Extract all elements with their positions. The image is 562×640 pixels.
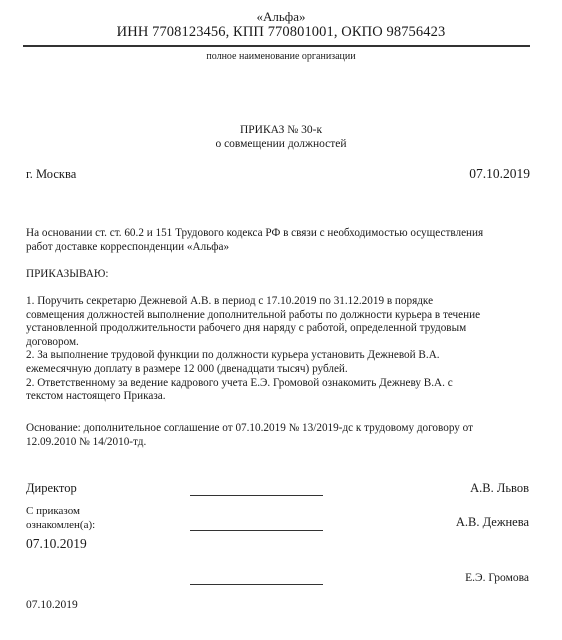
order-item-line: ежемесячную доплату в размере 12 000 (дв… (26, 363, 480, 377)
acknowledgement-date: 07.10.2019 (26, 536, 87, 552)
acknowledgement-label-line: ознакомлен(а): (26, 518, 95, 532)
hr-officer-name: Е.Э. Громова (465, 572, 529, 584)
organization-ids: ИНН 7708123456, КПП 770801001, ОКПО 9875… (0, 24, 562, 41)
order-item-line: 2. Ответственному за ведение кадрового у… (26, 377, 480, 391)
employee-signature-line (190, 530, 323, 531)
organization-underline (23, 45, 530, 47)
document-subtitle: о совмещении должностей (0, 138, 562, 150)
order-items: 1. Поручить секретарю Дежневой А.В. в пе… (26, 295, 480, 404)
director-label: Директор (26, 481, 77, 496)
organization-name: «Альфа» (0, 9, 562, 25)
ground-line: Основание: дополнительное соглашение от … (26, 422, 473, 436)
order-word: ПРИКАЗЫВАЮ: (26, 268, 108, 282)
acknowledgement-label-line: С приказом (26, 504, 95, 518)
order-item-line: текстом настоящего Приказа. (26, 390, 480, 404)
ground-paragraph: Основание: дополнительное соглашение от … (26, 422, 473, 449)
document-date: 07.10.2019 (469, 166, 530, 182)
ground-line: 12.09.2010 № 14/2010-тд. (26, 436, 473, 450)
director-name: А.В. Львов (470, 481, 529, 496)
document-title: ПРИКАЗ № 30-к (0, 124, 562, 136)
basis-paragraph: На основании ст. ст. 60.2 и 151 Трудовог… (26, 227, 483, 254)
basis-line: работ доставке корреспонденции «Альфа» (26, 241, 483, 255)
hr-acknowledgement-date: 07.10.2019 (26, 599, 78, 611)
basis-line: На основании ст. ст. 60.2 и 151 Трудовог… (26, 227, 483, 241)
city: г. Москва (26, 167, 76, 182)
order-item-line: совмещения должностей выполнение дополни… (26, 309, 480, 323)
employee-name: А.В. Дежнева (456, 515, 529, 530)
acknowledgement-label: С приказом ознакомлен(а): (26, 504, 95, 532)
order-item-line: 2. За выполнение трудовой функции по дол… (26, 349, 480, 363)
order-item-line: договором. (26, 336, 480, 350)
organization-caption: полное наименование организации (0, 51, 562, 62)
order-item-line: 1. Поручить секретарю Дежневой А.В. в пе… (26, 295, 480, 309)
director-signature-line (190, 495, 323, 496)
hr-signature-line (190, 584, 323, 585)
order-item-line: установленной продолжительности рабочего… (26, 322, 480, 336)
